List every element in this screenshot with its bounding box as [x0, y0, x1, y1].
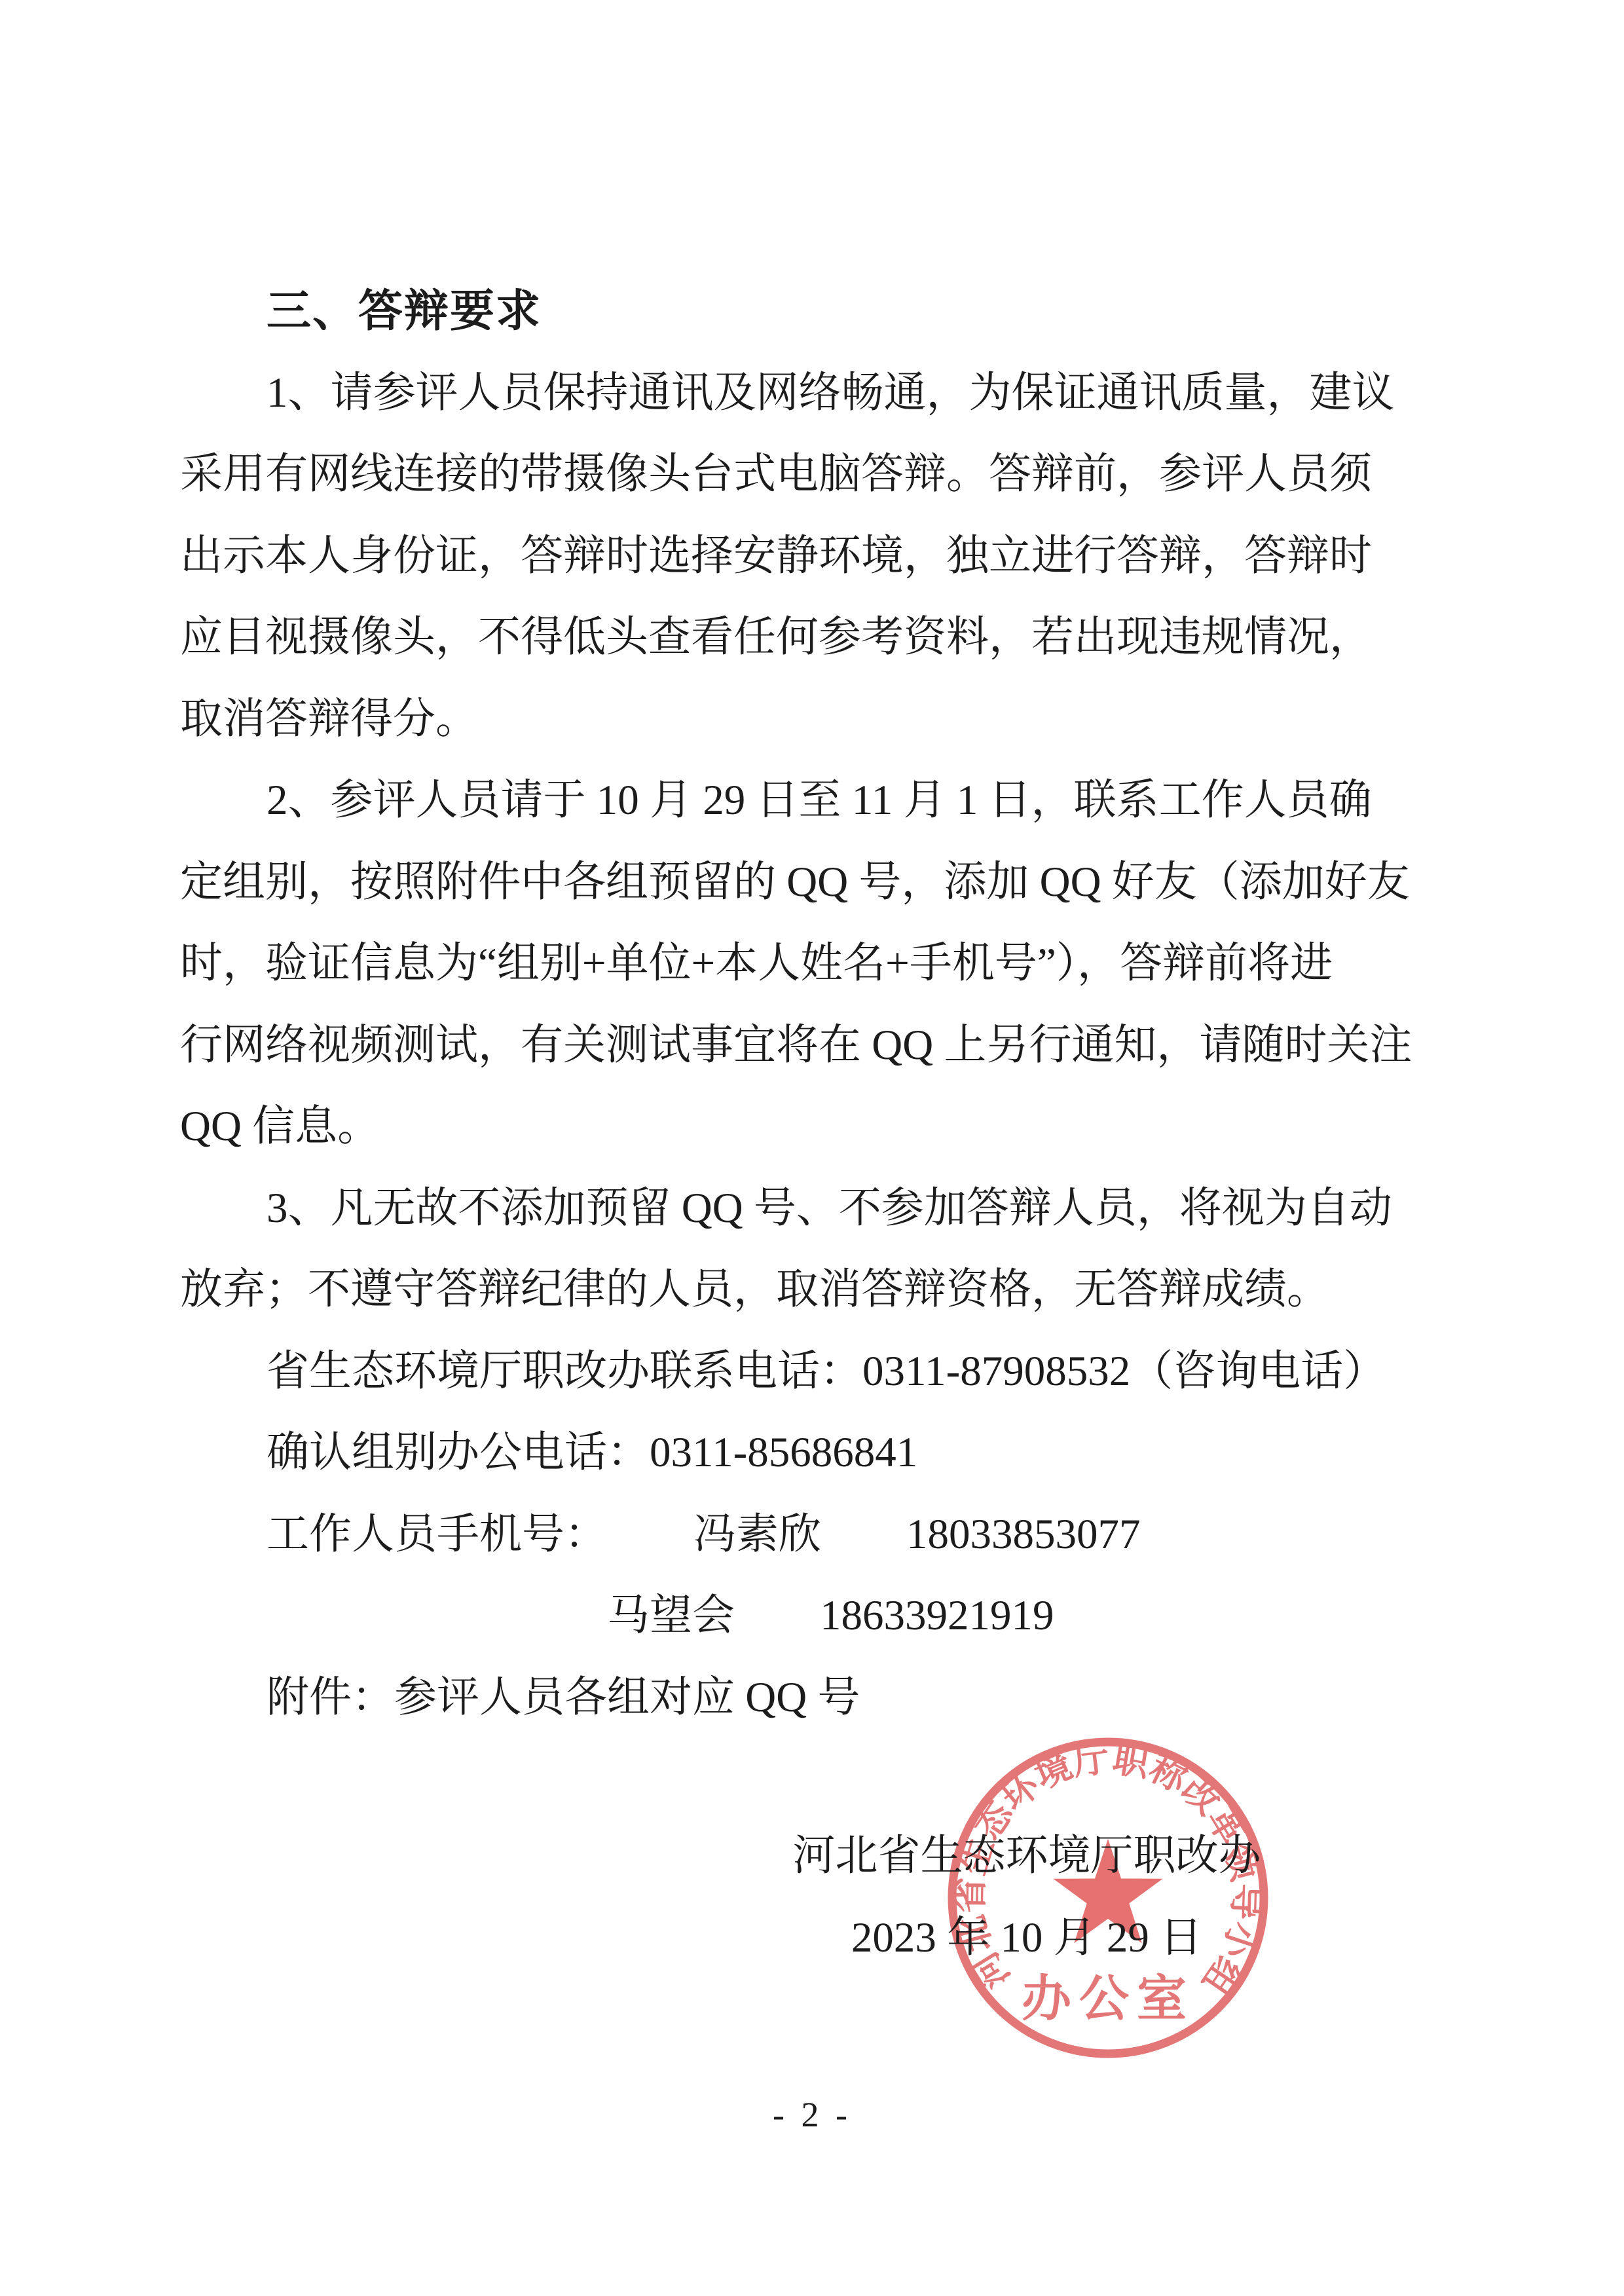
staff-line-2: 马望会18633921919: [607, 1575, 1375, 1657]
attachment-line: 附件：参评人员各组对应 QQ 号: [180, 1657, 1375, 1739]
body-line-p1-3: 出示本人身份证，答辩时选择安静环境，独立进行答辩，答辩时: [180, 515, 1375, 597]
document-body: 三、答辩要求 1、请参评人员保持通讯及网络畅通，为保证通讯质量，建议 采用有网线…: [180, 270, 1375, 1738]
signature-block: 河北省生态环境厅职改办 2023 年 10 月 29 日: [765, 1815, 1289, 1978]
staff-line-1: 工作人员手机号：冯素欣18033853077: [180, 1494, 1375, 1576]
signature-org: 河北省生态环境厅职改办: [765, 1815, 1289, 1897]
body-line-p2-5: QQ 信息。: [180, 1086, 1375, 1168]
staff-phone-1: 18033853077: [906, 1511, 1141, 1558]
page-number: - 2 -: [0, 2094, 1624, 2135]
body-line-p3-2: 放弃；不遵守答辩纪律的人员，取消答辩资格，无答辩成绩。: [180, 1249, 1375, 1331]
staff-name-2: 马望会: [607, 1575, 735, 1657]
body-line-p1-4: 应目视摄像头，不得低头查看任何参考资料，若出现违规情况，: [180, 597, 1375, 678]
contact-office-phone-line: 省生态环境厅职改办联系电话：0311-87908532（咨询电话）: [180, 1331, 1375, 1413]
staff-name-1: 冯素欣: [607, 1494, 821, 1576]
body-line-p2-2: 定组别，按照附件中各组预留的 QQ 号，添加 QQ 好友（添加好友: [180, 842, 1375, 923]
staff-phone-2: 18633921919: [820, 1592, 1054, 1639]
seal-office-text: 办公室: [1022, 1971, 1194, 2027]
body-line-p1-5: 取消答辩得分。: [180, 678, 1375, 760]
body-line-p1-1: 1、请参评人员保持通讯及网络畅通，为保证通讯质量，建议: [180, 352, 1375, 434]
body-line-p2-1: 2、参评人员请于 10 月 29 日至 11 月 1 日，联系工作人员确: [180, 760, 1375, 842]
contact-group-phone-line: 确认组别办公电话：0311-85686841: [180, 1412, 1375, 1494]
document-page: 三、答辩要求 1、请参评人员保持通讯及网络畅通，为保证通讯质量，建议 采用有网线…: [0, 0, 1624, 2296]
body-line-p2-3: 时，验证信息为“组别+单位+本人姓名+手机号”），答辩前将进: [180, 923, 1375, 1005]
body-line-p3-1: 3、凡无故不添加预留 QQ 号、不参加答辩人员，将视为自动: [180, 1168, 1375, 1250]
section-heading: 三、答辩要求: [180, 270, 1375, 352]
body-line-p1-2: 采用有网线连接的带摄像头台式电脑答辩。答辩前，参评人员须: [180, 434, 1375, 515]
staff-label: 工作人员手机号：: [267, 1511, 607, 1558]
signature-date: 2023 年 10 月 29 日: [765, 1897, 1289, 1979]
body-line-p2-4: 行网络视频测试，有关测试事宜将在 QQ 上另行通知，请随时关注: [180, 1005, 1375, 1086]
